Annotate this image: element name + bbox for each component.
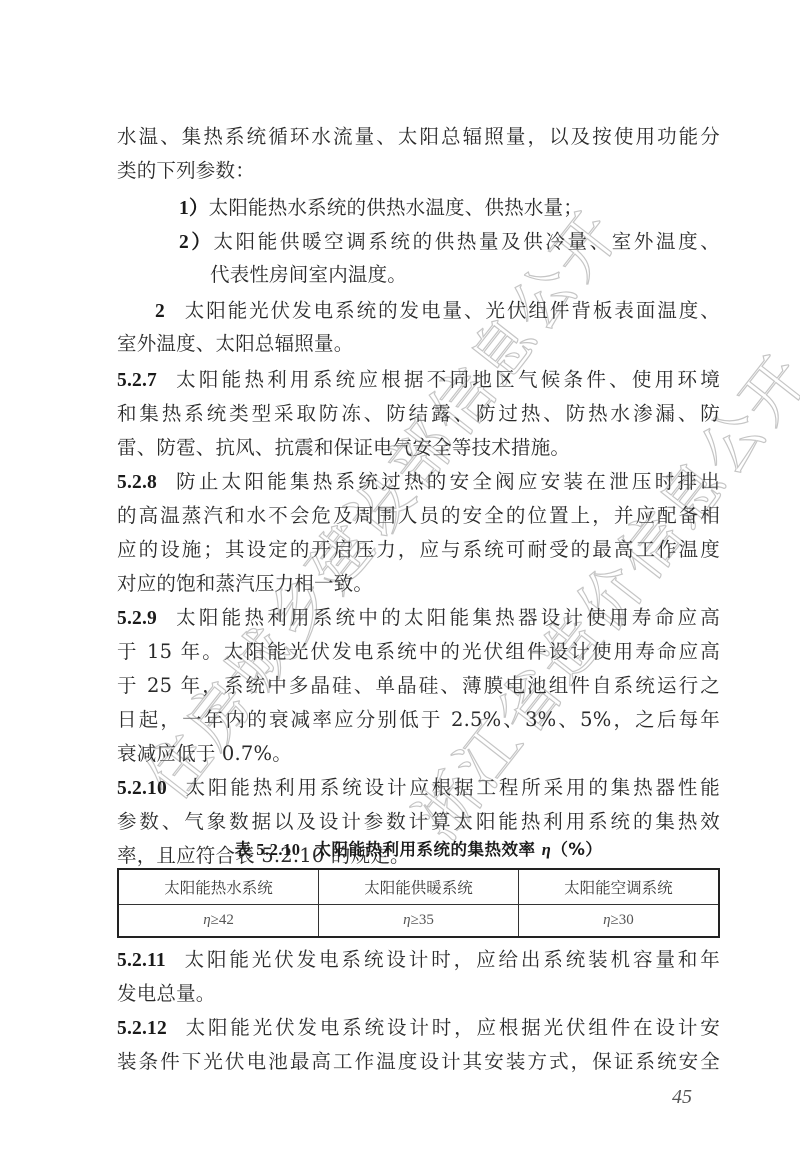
- paragraph-line: 衰减应低于 0.7%。: [117, 737, 720, 771]
- clause-5-2-11: 5.2.11太阳能光伏发电系统设计时，应给出系统装机容量和年: [117, 943, 720, 977]
- table-header-row: 太阳能热水系统 太阳能供暖系统 太阳能空调系统: [118, 869, 719, 905]
- paragraph-line: 装条件下光伏电池最高工作温度设计其安装方式，保证系统安全: [117, 1045, 720, 1079]
- clause-text: 太阳能热利用系统中的太阳能集热器设计使用寿命应高: [173, 606, 720, 629]
- clause-5-2-10: 5.2.10太阳能热利用系统设计应根据工程所采用的集热器性能: [117, 771, 720, 805]
- clause-text: 太阳能热利用系统应根据不同地区气候条件、使用环境: [173, 368, 720, 391]
- clause-number: 5.2.11: [117, 950, 166, 971]
- paragraph-line: 参数、气象数据以及设计参数计算太阳能热利用系统的集热效: [117, 805, 720, 839]
- eta-symbol: η: [403, 912, 410, 928]
- numbered-item: 2太阳能光伏发电系统的发电量、光伏组件背板表面温度、: [155, 294, 720, 328]
- paragraph-line: 日起，一年内的衰减率应分别低于 2.5%、3%、5%，之后每年: [117, 703, 720, 737]
- paragraph-line: 类的下列参数：: [117, 154, 720, 188]
- clause-number: 5.2.10: [117, 778, 167, 799]
- eta-symbol: η: [542, 840, 552, 859]
- table-header-cell: 太阳能供暖系统: [319, 869, 519, 905]
- clause-number: 5.2.8: [117, 472, 157, 493]
- paragraph-line: 对应的饱和蒸汽压力相一致。: [117, 567, 720, 601]
- paragraph-line: 的高温蒸汽和水不会危及周围人员的安全的位置上，并应配备相: [117, 499, 720, 533]
- list-text: 太阳能供暖空调系统的供热量及供冷量、室外温度、: [214, 230, 720, 253]
- paragraph-line: 应的设施；其设定的开启压力，应与系统可耐受的最高工作温度: [117, 533, 720, 567]
- clause-5-2-7: 5.2.7太阳能热利用系统应根据不同地区气候条件、使用环境: [117, 363, 720, 397]
- table-header-cell: 太阳能空调系统: [518, 869, 719, 905]
- table-row: η≥42 η≥35 η≥30: [118, 905, 719, 938]
- document-page: 水温、集热系统循环水流量、太阳总辐照量，以及按使用功能分 类的下列参数： 1）太…: [0, 0, 800, 1158]
- list-number: 2）: [179, 232, 214, 253]
- paragraph-line: 于 15 年。太阳能光伏发电系统中的光伏组件设计使用寿命应高: [117, 635, 720, 669]
- table-caption: 表 5.2.10太阳能热利用系统的集热效率 η（%）: [117, 836, 720, 860]
- list-item: 1）太阳能热水系统的供热水温度、供热水量；: [179, 191, 720, 225]
- clause-text: 太阳能光伏发电系统设计时，应给出系统装机容量和年: [182, 948, 720, 971]
- list-number: 1）: [179, 198, 209, 219]
- clause-text: 太阳能光伏发电系统设计时，应根据光伏组件在设计安: [183, 1016, 720, 1039]
- table-caption-text: 太阳能热利用系统的集热效率: [315, 840, 536, 859]
- table-cell: η≥30: [518, 905, 719, 938]
- clause-5-2-12: 5.2.12太阳能光伏发电系统设计时，应根据光伏组件在设计安: [117, 1011, 720, 1045]
- table-caption-number: 表 5.2.10: [235, 840, 301, 859]
- operator: ≥: [211, 912, 219, 928]
- paragraph-line: 水温、集热系统循环水流量、太阳总辐照量，以及按使用功能分: [117, 120, 720, 154]
- clause-number: 5.2.7: [117, 370, 157, 391]
- list-item-continuation: 代表性房间室内温度。: [210, 258, 720, 292]
- clause-number: 5.2.9: [117, 608, 157, 629]
- clause-5-2-8: 5.2.8防止太阳能集热系统过热的安全阀应安装在泄压时排出: [117, 465, 720, 499]
- paragraph-line: 雷、防雹、抗风、抗震和保证电气安全等技术措施。: [117, 431, 720, 465]
- list-item: 2）太阳能供暖空调系统的供热量及供冷量、室外温度、: [179, 225, 720, 259]
- clause-text: 防止太阳能集热系统过热的安全阀应安装在泄压时排出: [173, 470, 720, 493]
- operator: ≥: [611, 912, 619, 928]
- table-caption-unit: （%）: [551, 840, 602, 859]
- page-number: 45: [672, 1086, 692, 1109]
- table-cell: η≥35: [319, 905, 519, 938]
- list-text: 太阳能热水系统的供热水温度、供热水量；: [209, 196, 583, 219]
- value: 35: [419, 912, 434, 928]
- value: 30: [619, 912, 634, 928]
- clause-5-2-9: 5.2.9太阳能热利用系统中的太阳能集热器设计使用寿命应高: [117, 601, 720, 635]
- eta-symbol: η: [603, 912, 610, 928]
- paragraph-line: 和集热系统类型采取防冻、防结露、防过热、防热水渗漏、防: [117, 397, 720, 431]
- table-cell: η≥42: [118, 905, 319, 938]
- clause-text: 太阳能热利用系统设计应根据工程所采用的集热器性能: [183, 776, 720, 799]
- item-text: 太阳能光伏发电系统的发电量、光伏组件背板表面温度、: [183, 299, 720, 322]
- eta-symbol: η: [203, 912, 210, 928]
- paragraph-line: 室外温度、太阳总辐照量。: [117, 327, 720, 361]
- table-header-cell: 太阳能热水系统: [118, 869, 319, 905]
- efficiency-table: 太阳能热水系统 太阳能供暖系统 太阳能空调系统 η≥42 η≥35 η≥30: [117, 868, 720, 938]
- value: 42: [219, 912, 234, 928]
- item-number: 2: [155, 301, 165, 322]
- paragraph-line: 于 25 年，系统中多晶硅、单晶硅、薄膜电池组件自系统运行之: [117, 669, 720, 703]
- paragraph-line: 发电总量。: [117, 977, 720, 1011]
- clause-number: 5.2.12: [117, 1018, 167, 1039]
- operator: ≥: [411, 912, 419, 928]
